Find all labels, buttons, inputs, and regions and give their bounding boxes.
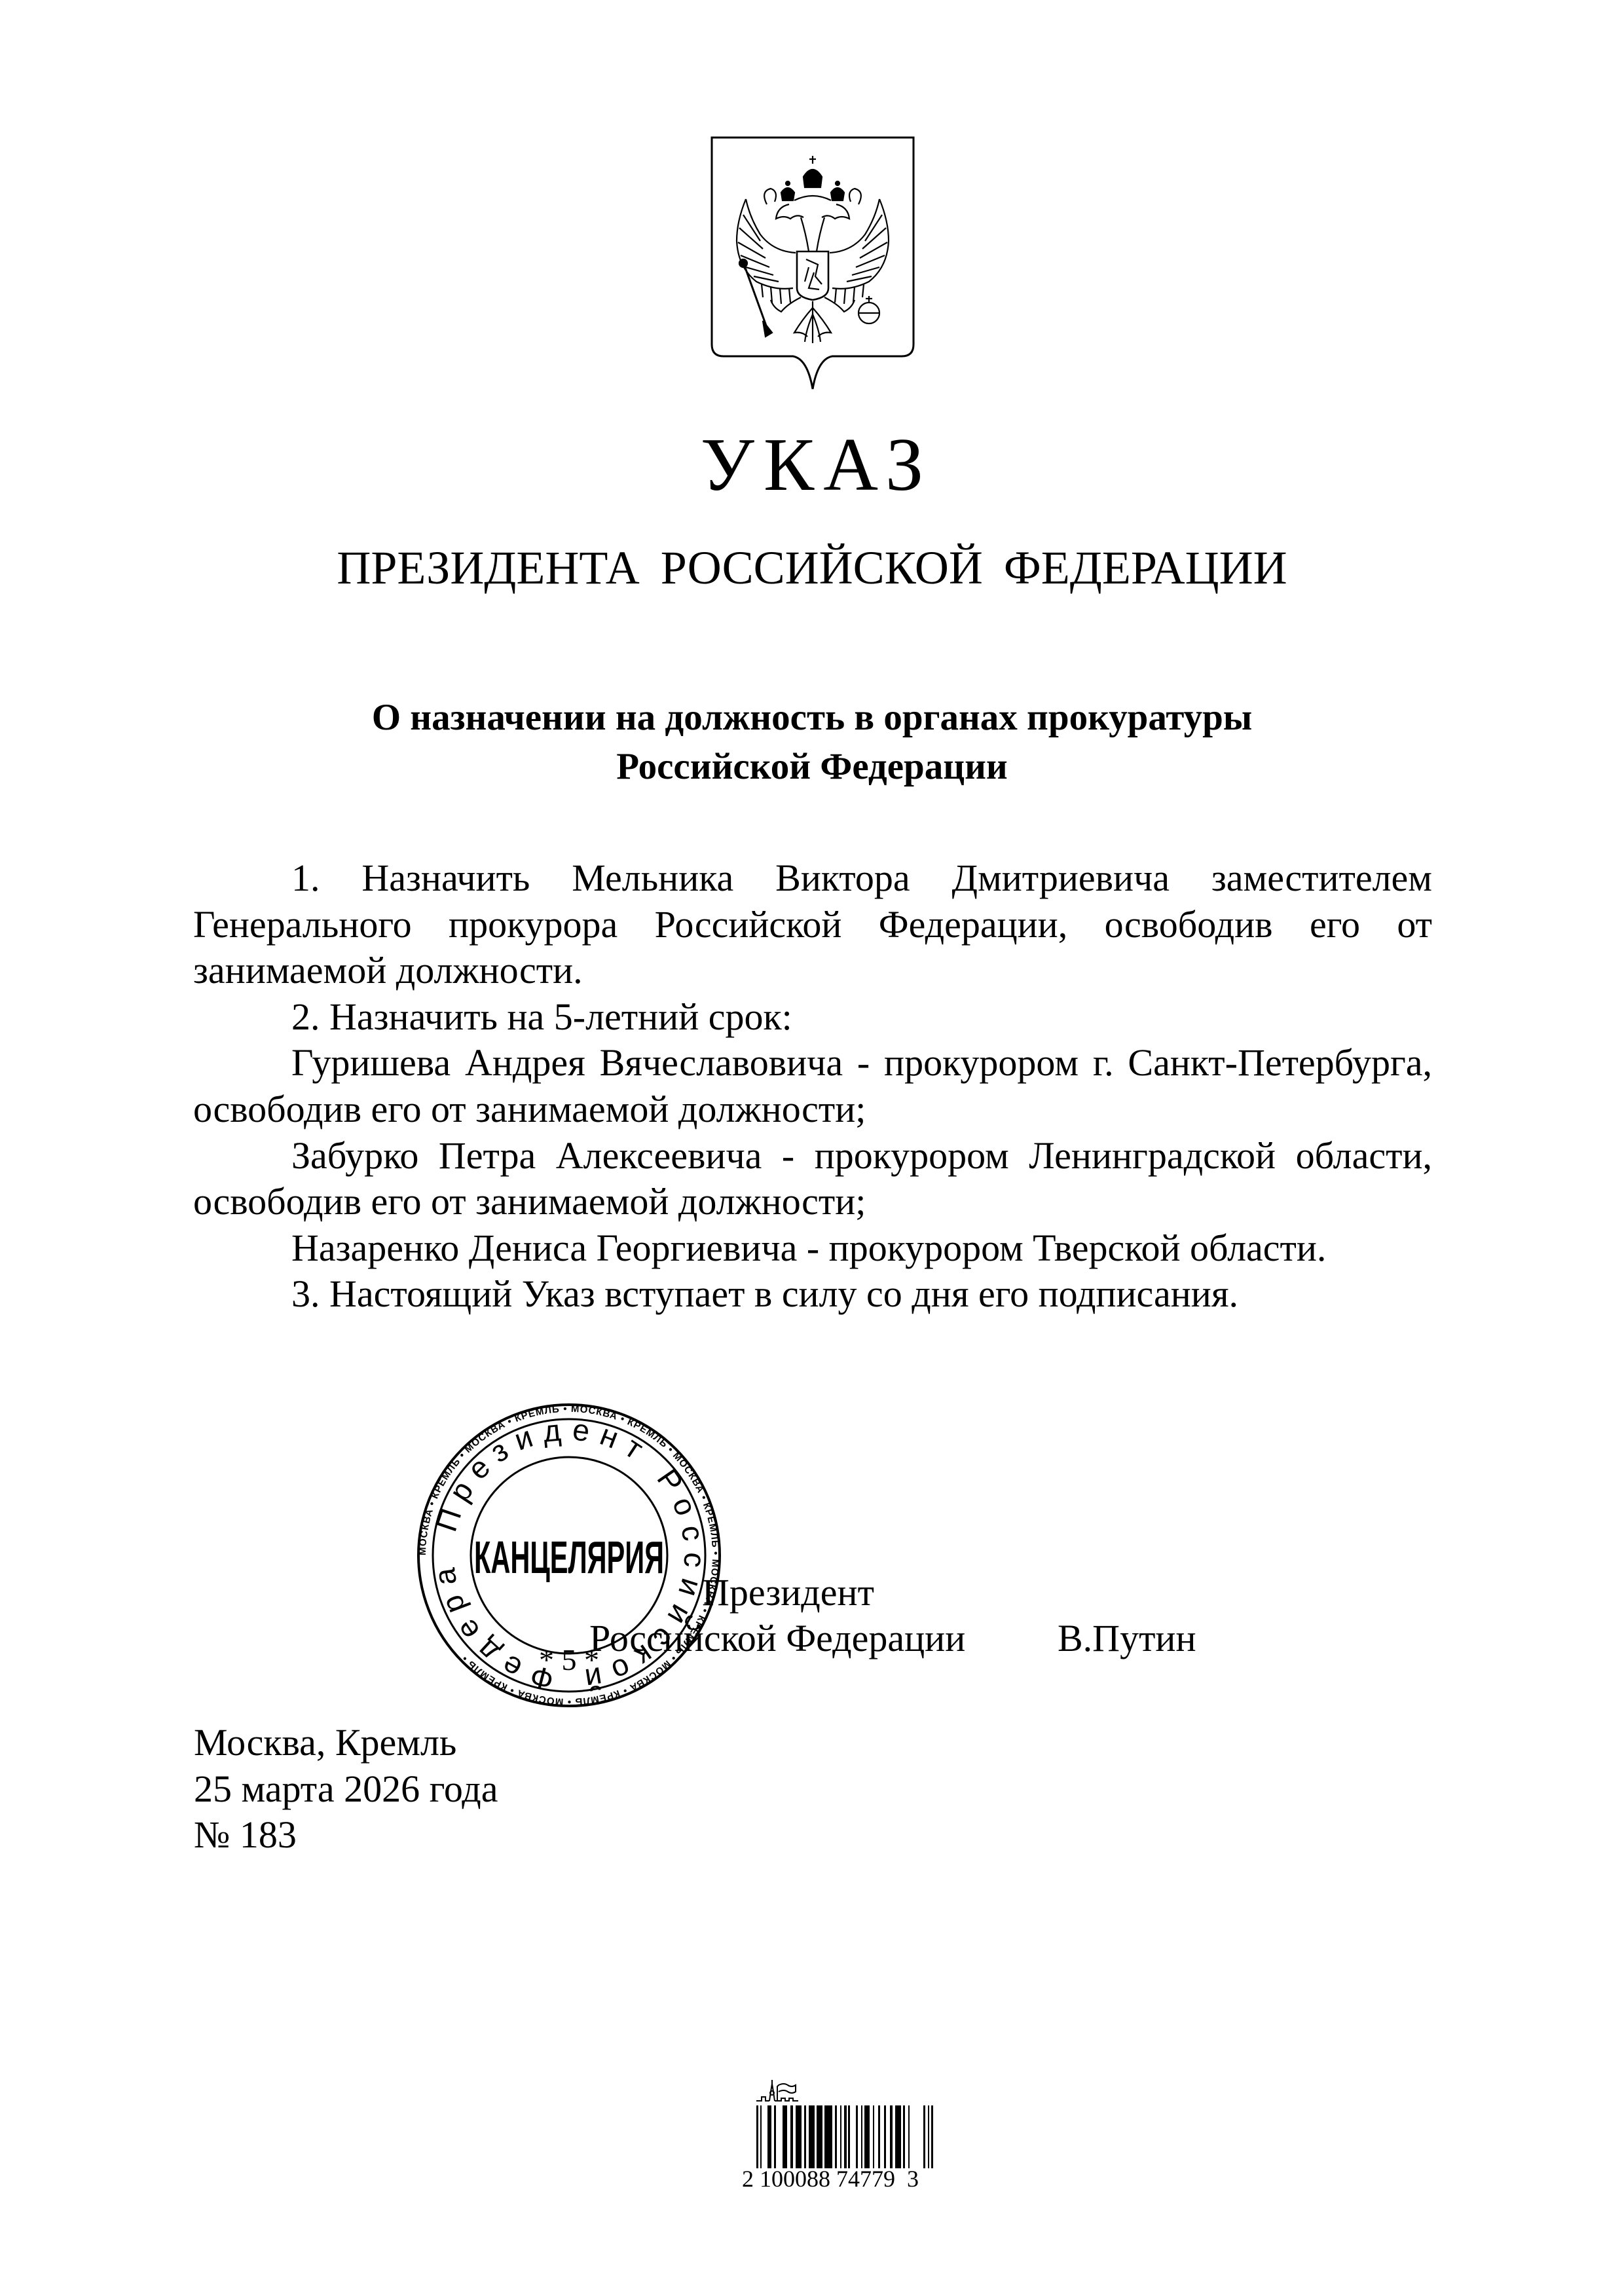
paragraph-2-item-3: Назаренко Дениса Георгиевича - прокуроро…: [193, 1225, 1432, 1272]
document-subtitle: ПРЕЗИДЕНТА РОССИЙСКОЙ ФЕДЕРАЦИИ: [0, 538, 1624, 597]
place: Москва, Кремль: [194, 1720, 498, 1766]
heading-line-1: О назначении на должность в органах прок…: [0, 693, 1624, 742]
kremlin-icon: [755, 2077, 804, 2105]
heading-line-2: Российской Федерации: [0, 742, 1624, 791]
document-title: УКАЗ: [0, 419, 1624, 511]
signatory-name: В.Путин: [1058, 1616, 1196, 1661]
decree-number: № 183: [194, 1812, 498, 1859]
signatory-title-line-1: Президент: [702, 1570, 874, 1616]
barcode: [756, 2105, 936, 2168]
paragraph-1: 1. Назначить Мельника Виктора Дмитриевич…: [193, 855, 1432, 994]
coat-of-arms-icon: [710, 136, 915, 392]
paragraph-2: 2. Назначить на 5-летний срок:: [193, 994, 1432, 1041]
paragraph-2-item-1: Гуришева Андрея Вячеславовича - прокурор…: [193, 1040, 1432, 1132]
paragraph-3: 3. Настоящий Указ вступает в силу со дня…: [193, 1271, 1432, 1318]
decree-heading: О назначении на должность в органах прок…: [0, 693, 1624, 791]
barcode-number: 2 100088 74779 3: [742, 2164, 965, 2193]
paragraph-2-item-2: Забурко Петра Алексеевича - прокурором Л…: [193, 1133, 1432, 1225]
place-date-block: Москва, Кремль 25 марта 2026 года № 183: [194, 1720, 498, 1859]
date: 25 марта 2026 года: [194, 1766, 498, 1813]
decree-body: 1. Назначить Мельника Виктора Дмитриевич…: [193, 855, 1432, 1318]
official-seal-stamp: МОСКВА • КРЕМЛЬ • МОСКВА • КРЕМЛЬ • МОСК…: [416, 1403, 722, 1708]
stamp-center-text: КАНЦЕЛЯРИЯ: [474, 1532, 664, 1583]
signatory-title-line-2: Российской Федерации: [589, 1616, 965, 1661]
